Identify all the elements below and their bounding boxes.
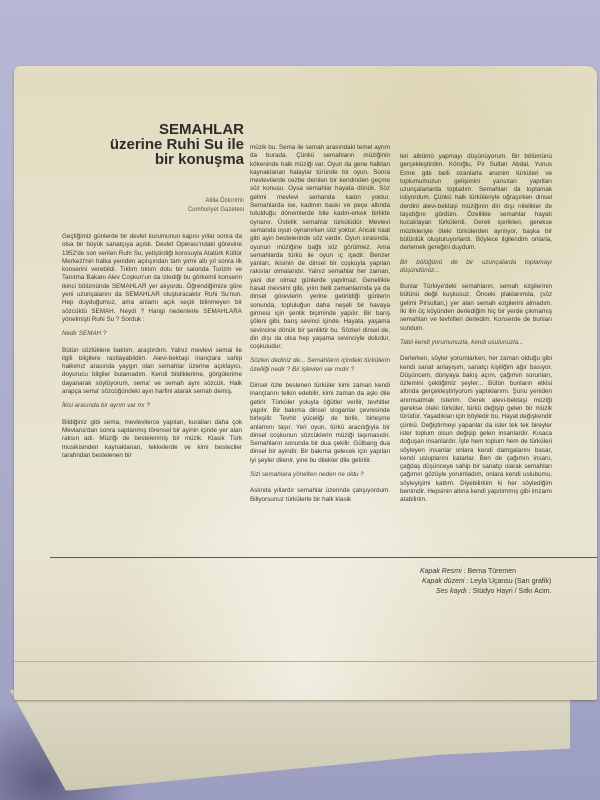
- author-name: Atilla Özkırımlı: [100, 197, 244, 206]
- credit-row: Ses kaydı : Stüdyo Hayri / Sıtkı Acim.: [420, 587, 590, 597]
- text-column-3: leri albümü yapmayı düşünüyorum. Bir böl…: [400, 153, 552, 511]
- article-title: SEMAHLAR üzerine Ruhi Su ile bir konuşma: [100, 122, 244, 167]
- text-column-1: Geçtiğimiz günlerde bir devlet kurumunun…: [62, 233, 242, 466]
- paragraph: Bildiğiniz gibi sema, mevlevilerce yapıl…: [62, 419, 242, 460]
- inner-record-sleeve: [10, 690, 570, 791]
- credit-row: Kapak Resmi : Berna Türemen: [420, 567, 590, 577]
- text-column-2: müzik bu. Sema ile semah arasındaki teme…: [250, 144, 390, 510]
- byline: Atilla Özkırımlı Cumhuriyet Gazetesi: [100, 197, 244, 215]
- paragraph: müzik bu. Sema ile semah arasındaki teme…: [250, 144, 390, 351]
- interview-question: Sözleri dediniz de... Semahların içindek…: [250, 357, 390, 374]
- paragraph: Bunlar Türkiye'deki semahların, semah ez…: [400, 283, 552, 333]
- interview-question: İkisi arasında bir ayrım var mı ?: [62, 402, 242, 410]
- paragraph: Geçtiğimiz günlerde bir devlet kurumunun…: [62, 233, 242, 324]
- paragraph: leri albümü yapmayı düşünüyorum. Bir böl…: [400, 153, 552, 253]
- credits-block: Kapak Resmi : Berna Türemen Kapak düzeni…: [420, 567, 590, 597]
- divider-line: [50, 557, 597, 558]
- paragraph: Bütün sözlüklere baktım, araştırdım. Yal…: [62, 347, 242, 397]
- publication-name: Cumhuriyet Gazetesi: [100, 206, 244, 215]
- paragraph: Aslında yıllardır semahlar üzerinde çalı…: [250, 487, 390, 504]
- interview-question: Nedir SEMAH ?: [62, 330, 242, 338]
- title-line: SEMAHLAR: [100, 122, 244, 137]
- interview-question: Sizi semahlara yönelten neden ne oldu ?: [250, 471, 390, 479]
- title-line: bir konuşma: [100, 152, 244, 167]
- interview-question: Tabii kendi yorumunuzla, kendi usulunuzl…: [400, 339, 552, 347]
- paragraph: Derlerken, söyler yorumlarken, her zaman…: [400, 355, 552, 504]
- title-line: üzerine Ruhi Su ile: [100, 137, 244, 152]
- paragraph: Dinsel özle beslenen türküler kimi zaman…: [250, 382, 390, 465]
- credit-row: Kapak düzeni : Leyla Uçansu (Sarı grafik…: [420, 577, 590, 587]
- interview-question: Bir bölüğünü de bir uzunçalarda toplamay…: [400, 259, 552, 276]
